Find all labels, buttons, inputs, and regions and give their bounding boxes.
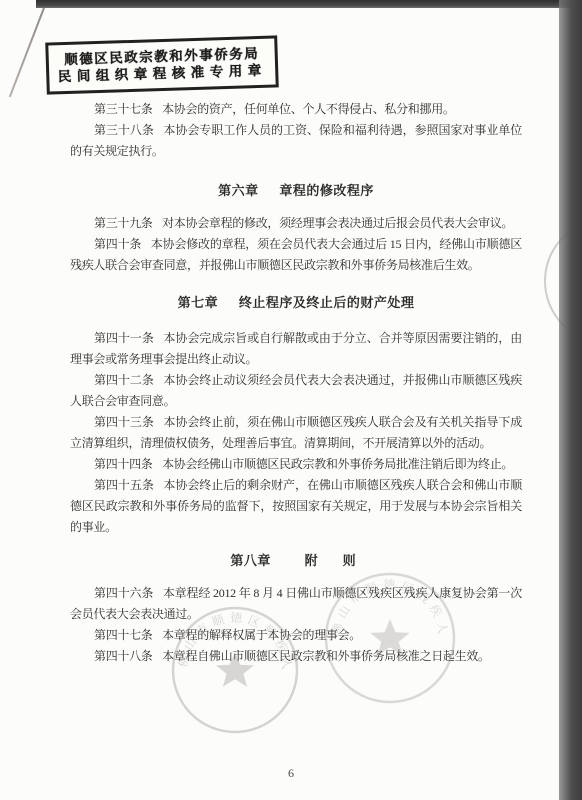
article-text: 本协会的资产，任何单位、个人不得侵占、私分和挪用。 <box>162 102 455 116</box>
article-44: 第四十四条本协会经佛山市顺德区民政宗教和外事侨务局批准注销后即为终止。 <box>70 454 522 475</box>
chapter-7-heading: 第七章终止程序及终止后的财产处理 <box>70 292 522 313</box>
article-46: 第四十六条本章程经 2012 年 8 月 4 日佛山市顺德区残疾区残疾人康复协会… <box>70 583 522 625</box>
article-number: 第四十五条 <box>94 478 154 492</box>
article-38: 第三十八条本协会专职工作人员的工资、保险和福利待遇，参照国家对事业单位的有关规定… <box>70 120 522 162</box>
article-number: 第四十四条 <box>94 457 153 471</box>
document-body: 第三十七条本协会的资产，任何单位、个人不得侵占、私分和挪用。 第三十八条本协会专… <box>70 99 522 667</box>
article-48: 第四十八条本章程自佛山市顺德区民政宗教和外事侨务局核准之日起生效。 <box>70 646 522 667</box>
article-number: 第四十八条 <box>94 649 153 663</box>
article-number: 第四十六条 <box>94 586 153 600</box>
article-45: 第四十五条本协会终止后的剩余财产，在佛山市顺德区残疾人联合会和佛山市顺德区民政宗… <box>70 475 522 538</box>
article-number: 第三十八条 <box>94 123 154 137</box>
scanned-document-page: 顺德区民政宗教和外事侨务局 民间组织章程核准专用章 第三十七条本协会的资产，任何… <box>0 0 582 800</box>
page-number: 6 <box>0 766 582 781</box>
article-text: 本章程的解释权属于本协会的理事会。 <box>162 628 361 642</box>
article-43: 第四十三条本协会终止前，须在佛山市顺德区残疾人联合会及有关机关指导下成立清算组织… <box>70 412 522 454</box>
article-47: 第四十七条本章程的解释权属于本协会的理事会。 <box>70 625 522 646</box>
article-number: 第三十九条 <box>94 216 153 230</box>
chapter-number: 第八章 <box>230 553 271 568</box>
charter-approval-stamp: 顺德区民政宗教和外事侨务局 民间组织章程核准专用章 <box>45 35 279 94</box>
article-text: 本协会经佛山市顺德区民政宗教和外事侨务局批准注销后即为终止。 <box>162 457 513 471</box>
article-37: 第三十七条本协会的资产，任何单位、个人不得侵占、私分和挪用。 <box>70 99 522 120</box>
article-39: 第三十九条对本协会章程的修改，须经理事会表决通过后报会员代表大会审议。 <box>70 213 522 234</box>
article-41: 第四十一条本协会完成宗旨或自行解散或由于分立、合并等原因需要注销的，由理事会或常… <box>70 328 522 370</box>
chapter-title: 章程的修改程序 <box>279 183 374 198</box>
article-number: 第四十一条 <box>94 331 154 345</box>
chapter-title: 附 则 <box>305 553 362 568</box>
article-number: 第四十二条 <box>94 373 154 387</box>
chapter-6-heading: 第六章章程的修改程序 <box>70 180 522 201</box>
article-number: 第四十七条 <box>94 628 153 642</box>
page-corner-fold-line <box>9 5 46 97</box>
chapter-number: 第六章 <box>218 183 259 198</box>
article-40: 第四十条本协会修改的章程，须在会员代表大会通过后 15 日内，经佛山市顺德区残疾… <box>70 234 522 276</box>
article-number: 第三十七条 <box>94 102 153 116</box>
scan-shadow-right <box>559 0 582 800</box>
article-number: 第四十条 <box>94 237 141 251</box>
scan-shadow-top <box>36 0 582 8</box>
chapter-8-heading: 第八章附 则 <box>70 550 522 571</box>
article-42: 第四十二条本协会终止动议须经会员代表大会表决通过，并报佛山市顺德区残疾人联合会审… <box>70 370 522 412</box>
article-text: 本章程自佛山市顺德区民政宗教和外事侨务局核准之日起生效。 <box>162 649 490 663</box>
chapter-number: 第七章 <box>178 295 219 310</box>
article-text: 对本协会章程的修改，须经理事会表决通过后报会员代表大会审议。 <box>162 216 513 230</box>
article-number: 第四十三条 <box>94 415 154 429</box>
chapter-title: 终止程序及终止后的财产处理 <box>239 295 415 310</box>
